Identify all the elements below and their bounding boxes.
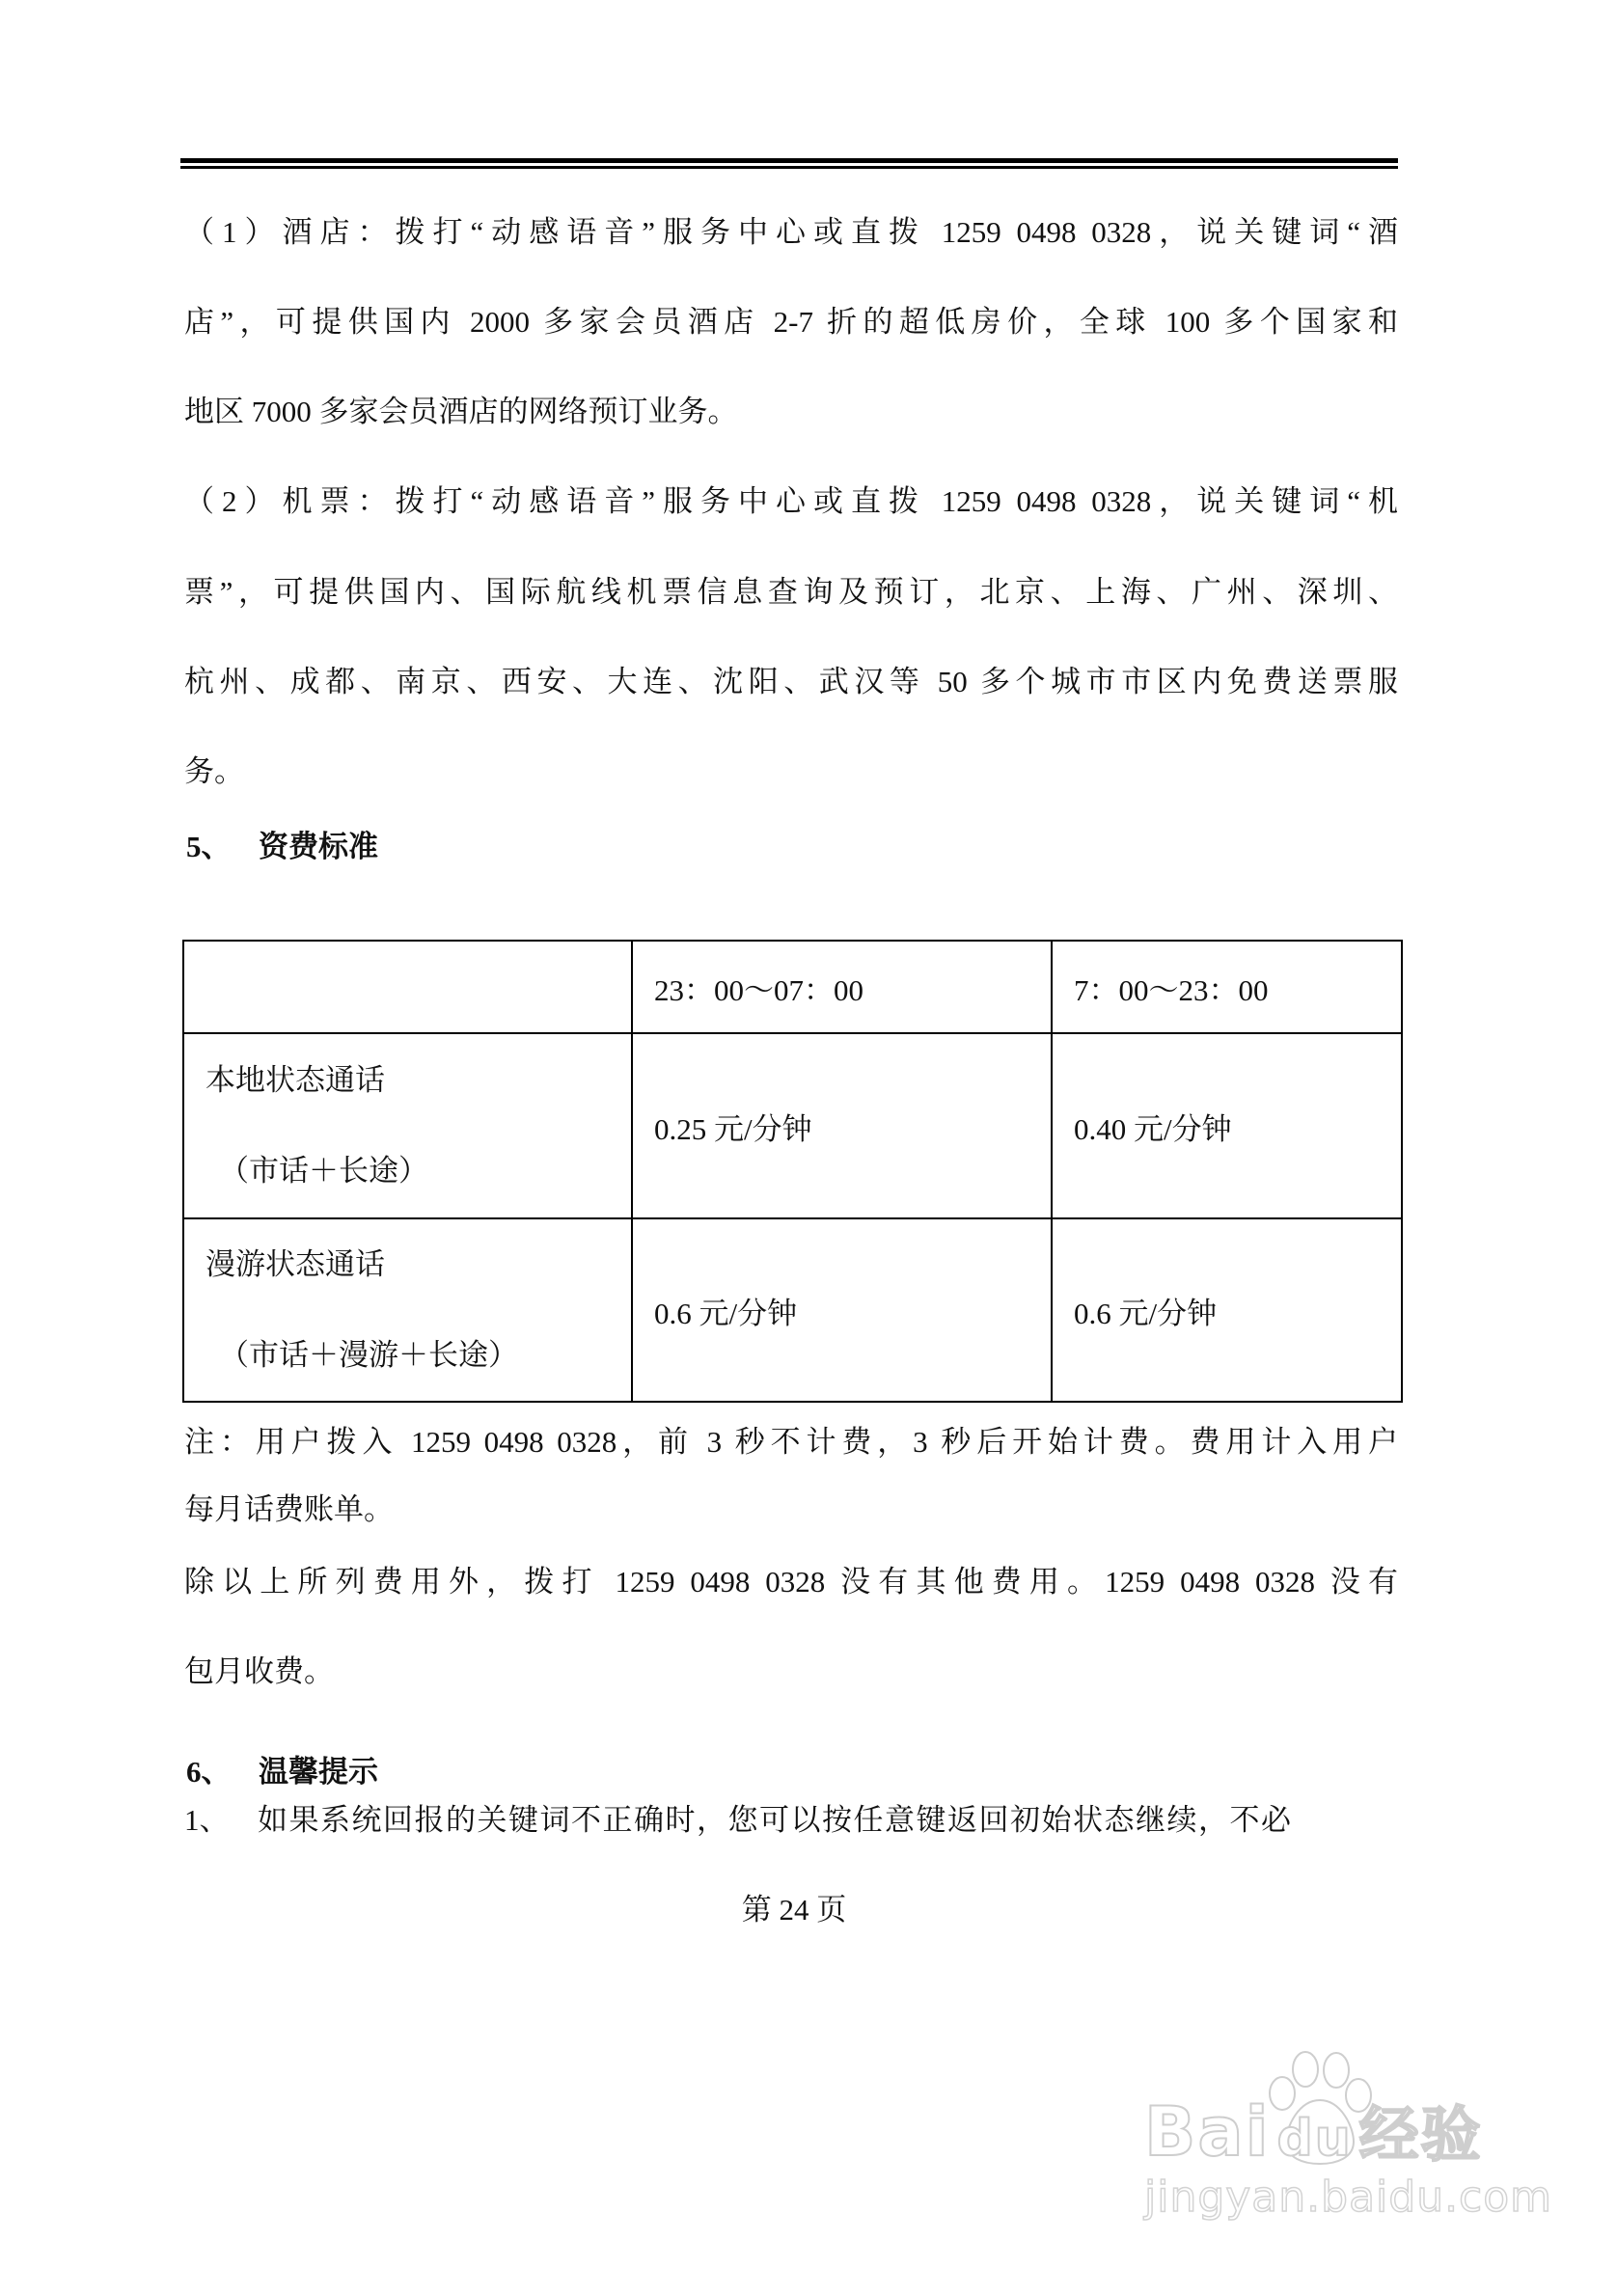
page-footer: 第 24 页	[0, 1891, 1617, 1929]
page-number: 第 24 页	[742, 1891, 847, 1929]
row-label-sub: （市话＋漫游＋长途）	[206, 1310, 631, 1401]
watermark-brand-right: 经验	[1359, 2099, 1483, 2170]
baidu-jingyan-watermark: Baidu经验 jingyan.baidu.com	[1144, 2050, 1530, 2243]
row-label-main: 漫游状态通话	[206, 1219, 631, 1310]
section-6-title: 温馨提示	[259, 1755, 378, 1789]
fee-table-cell-night: 0.6 元/分钟	[632, 1218, 1052, 1402]
fee-table-header-empty	[183, 941, 632, 1033]
paragraph-flight-line-3: 杭州、成都、南京、西安、大连、沈阳、武汉等 50 多个城市市区内免费送票服	[184, 663, 1398, 701]
paragraph-hotel-line-3: 地区 7000 多家会员酒店的网络预订业务。	[184, 393, 1398, 431]
fee-table-cell-night: 0.25 元/分钟	[632, 1033, 1052, 1218]
header-rule-thick	[180, 158, 1398, 163]
tip-item-text: 如果系统回报的关键词不正确时，您可以按任意键返回初始状态继续，不必	[258, 1803, 1293, 1837]
watermark-brand-left: Bai	[1144, 2092, 1271, 2172]
paragraph-flight-line-1: （2）机票：拨打“动感语音”服务中心或直拨 1259 0498 0328，说关键…	[184, 482, 1398, 521]
section-6-heading: 6、温馨提示	[186, 1753, 765, 1791]
fee-table-cell-day: 0.40 元/分钟	[1052, 1033, 1402, 1218]
row-label-main: 本地状态通话	[206, 1035, 631, 1126]
fee-table-header-row: 23：00～07：00 7：00～23：00	[183, 941, 1402, 1033]
watermark-brand: Baidu经验	[1144, 2093, 1483, 2177]
fee-table-header-day: 7：00～23：00	[1052, 941, 1402, 1033]
header-rule-thin	[180, 166, 1398, 169]
fee-table-row-label: 漫游状态通话 （市话＋漫游＋长途）	[183, 1218, 632, 1402]
fee-table: 23：00～07：00 7：00～23：00 本地状态通话 （市话＋长途） 0.…	[182, 940, 1403, 1403]
fee-table-header-night: 23：00～07：00	[632, 941, 1052, 1033]
tip-item-number: 1、	[184, 1801, 258, 1840]
note-line-4: 包月收费。	[184, 1653, 1398, 1691]
note-line-2: 每月话费账单。	[184, 1490, 1398, 1529]
row-label-sub: （市话＋长途）	[206, 1126, 631, 1216]
paragraph-hotel-line-2: 店”，可提供国内 2000 多家会员酒店 2-7 折的超低房价，全球 100 多…	[184, 303, 1398, 342]
section-6-number: 6、	[186, 1753, 259, 1791]
fee-table-cell-day: 0.6 元/分钟	[1052, 1218, 1402, 1402]
paragraph-hotel-line-1: （1）酒店：拨打“动感语音”服务中心或直拨 1259 0498 0328，说关键…	[184, 213, 1398, 252]
paragraph-flight-line-4: 务。	[184, 752, 1398, 791]
fee-table-row-roaming: 漫游状态通话 （市话＋漫游＋长途） 0.6 元/分钟 0.6 元/分钟	[183, 1218, 1402, 1402]
fee-table-row-label: 本地状态通话 （市话＋长途）	[183, 1033, 632, 1218]
tip-item-1: 1、如果系统回报的关键词不正确时，您可以按任意键返回初始状态继续，不必	[184, 1801, 1398, 1840]
section-5-heading: 5、资费标准	[186, 828, 765, 866]
section-5-title: 资费标准	[259, 830, 378, 863]
note-line-3: 除以上所列费用外，拨打 1259 0498 0328 没有其他费用。1259 0…	[184, 1563, 1398, 1601]
paragraph-flight-line-2: 票”，可提供国内、国际航线机票信息查询及预订，北京、上海、广州、深圳、	[184, 573, 1398, 612]
fee-table-row-local: 本地状态通话 （市话＋长途） 0.25 元/分钟 0.40 元/分钟	[183, 1033, 1402, 1218]
section-5-number: 5、	[186, 828, 259, 866]
watermark-url: jingyan.baidu.com	[1144, 2173, 1552, 2222]
note-line-1: 注：用户拨入 1259 0498 0328，前 3 秒不计费，3 秒后开始计费。…	[184, 1423, 1398, 1462]
watermark-brand-paw-text: du	[1271, 2100, 1359, 2177]
